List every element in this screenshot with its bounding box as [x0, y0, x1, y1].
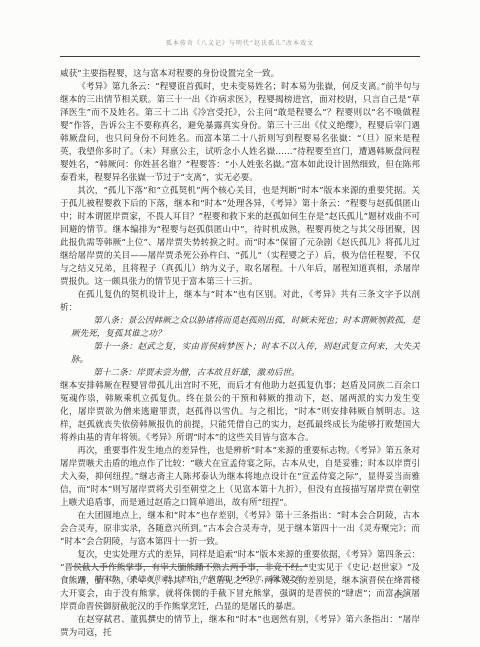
paragraph: 其次，“孤儿下落”和“立孤契机”两个核心关目，也是判断“时本”版本来源的重要凭据… — [60, 185, 420, 289]
footnote-separator-rule — [72, 566, 308, 567]
paragraph: 威获”主要指程婴，这与富本对程婴的身份设置完全一致。 — [60, 68, 420, 81]
footnote-marker: ① — [80, 574, 86, 583]
paragraph: 在赵穿弑君、董狐撰史的情节上，继本和“时本”也迥然有别，《考异》第六条指出：“屠… — [60, 614, 420, 640]
running-head: 孤本传奇《八义记》与明代“赵氏孤儿”改本戏文 — [0, 38, 480, 47]
paragraph: 在孤儿复仇的契机设计上，继本与“时本”也有区别。对此，《考异》共有三条文字予以剖… — [60, 289, 420, 315]
footnote-text: 司马迁：《史记·赵世家》，北京：中华书局，1959年，第1782页。 — [93, 574, 308, 583]
footnote: ①司马迁：《史记·赵世家》，北京：中华书局，1959年，第1782页。 — [60, 574, 420, 584]
quoted-passage: 第十一条：赵武之复，实由晋侯病梦医卜；时本不以入传，则赵武复立何来，大失关脉。 — [60, 341, 420, 367]
paragraph: 《考异》第九条云：“程婴诳首孤时，史未变易姓名；时本易为张嶽，何反支离。”前半句… — [60, 81, 420, 185]
quoted-passage: 第八条：景公因韩厥之众以胁诸将而觅赵孤则出孤，时厥未死也；时本谓厥刎救孤，是厥先… — [60, 315, 420, 341]
paragraph: 继本安排韩厥在程婴冒带孤儿出宫时不死，而后才有他助力赵孤复仇事；赵盾及同族二百余… — [60, 380, 420, 445]
body-text: 威获”主要指程婴，这与富本对程婴的身份设置完全一致。《考异》第九条云：“程婴诳首… — [60, 68, 420, 640]
header-rule — [60, 56, 420, 57]
quoted-passage: 第十二条：岸贾未尝为僧，古本故且奸雄，激劝后世。 — [60, 367, 420, 380]
page-number: 65 — [394, 591, 405, 600]
paragraph: 在大团圆地点上，继本和“时本”也存差别，《考异》第十三条指出：“时本会合阴陵，古… — [60, 510, 420, 549]
scanned-book-page: 孤本传奇《八义记》与明代“赵氏孤儿”改本戏文 威获”主要指程婴，这与富本对程婴的… — [0, 0, 480, 647]
paragraph: 再次，重要事件发生地点的差异性，也是辨析“时本”来源的重要标志物。《考异》第五条… — [60, 445, 420, 510]
